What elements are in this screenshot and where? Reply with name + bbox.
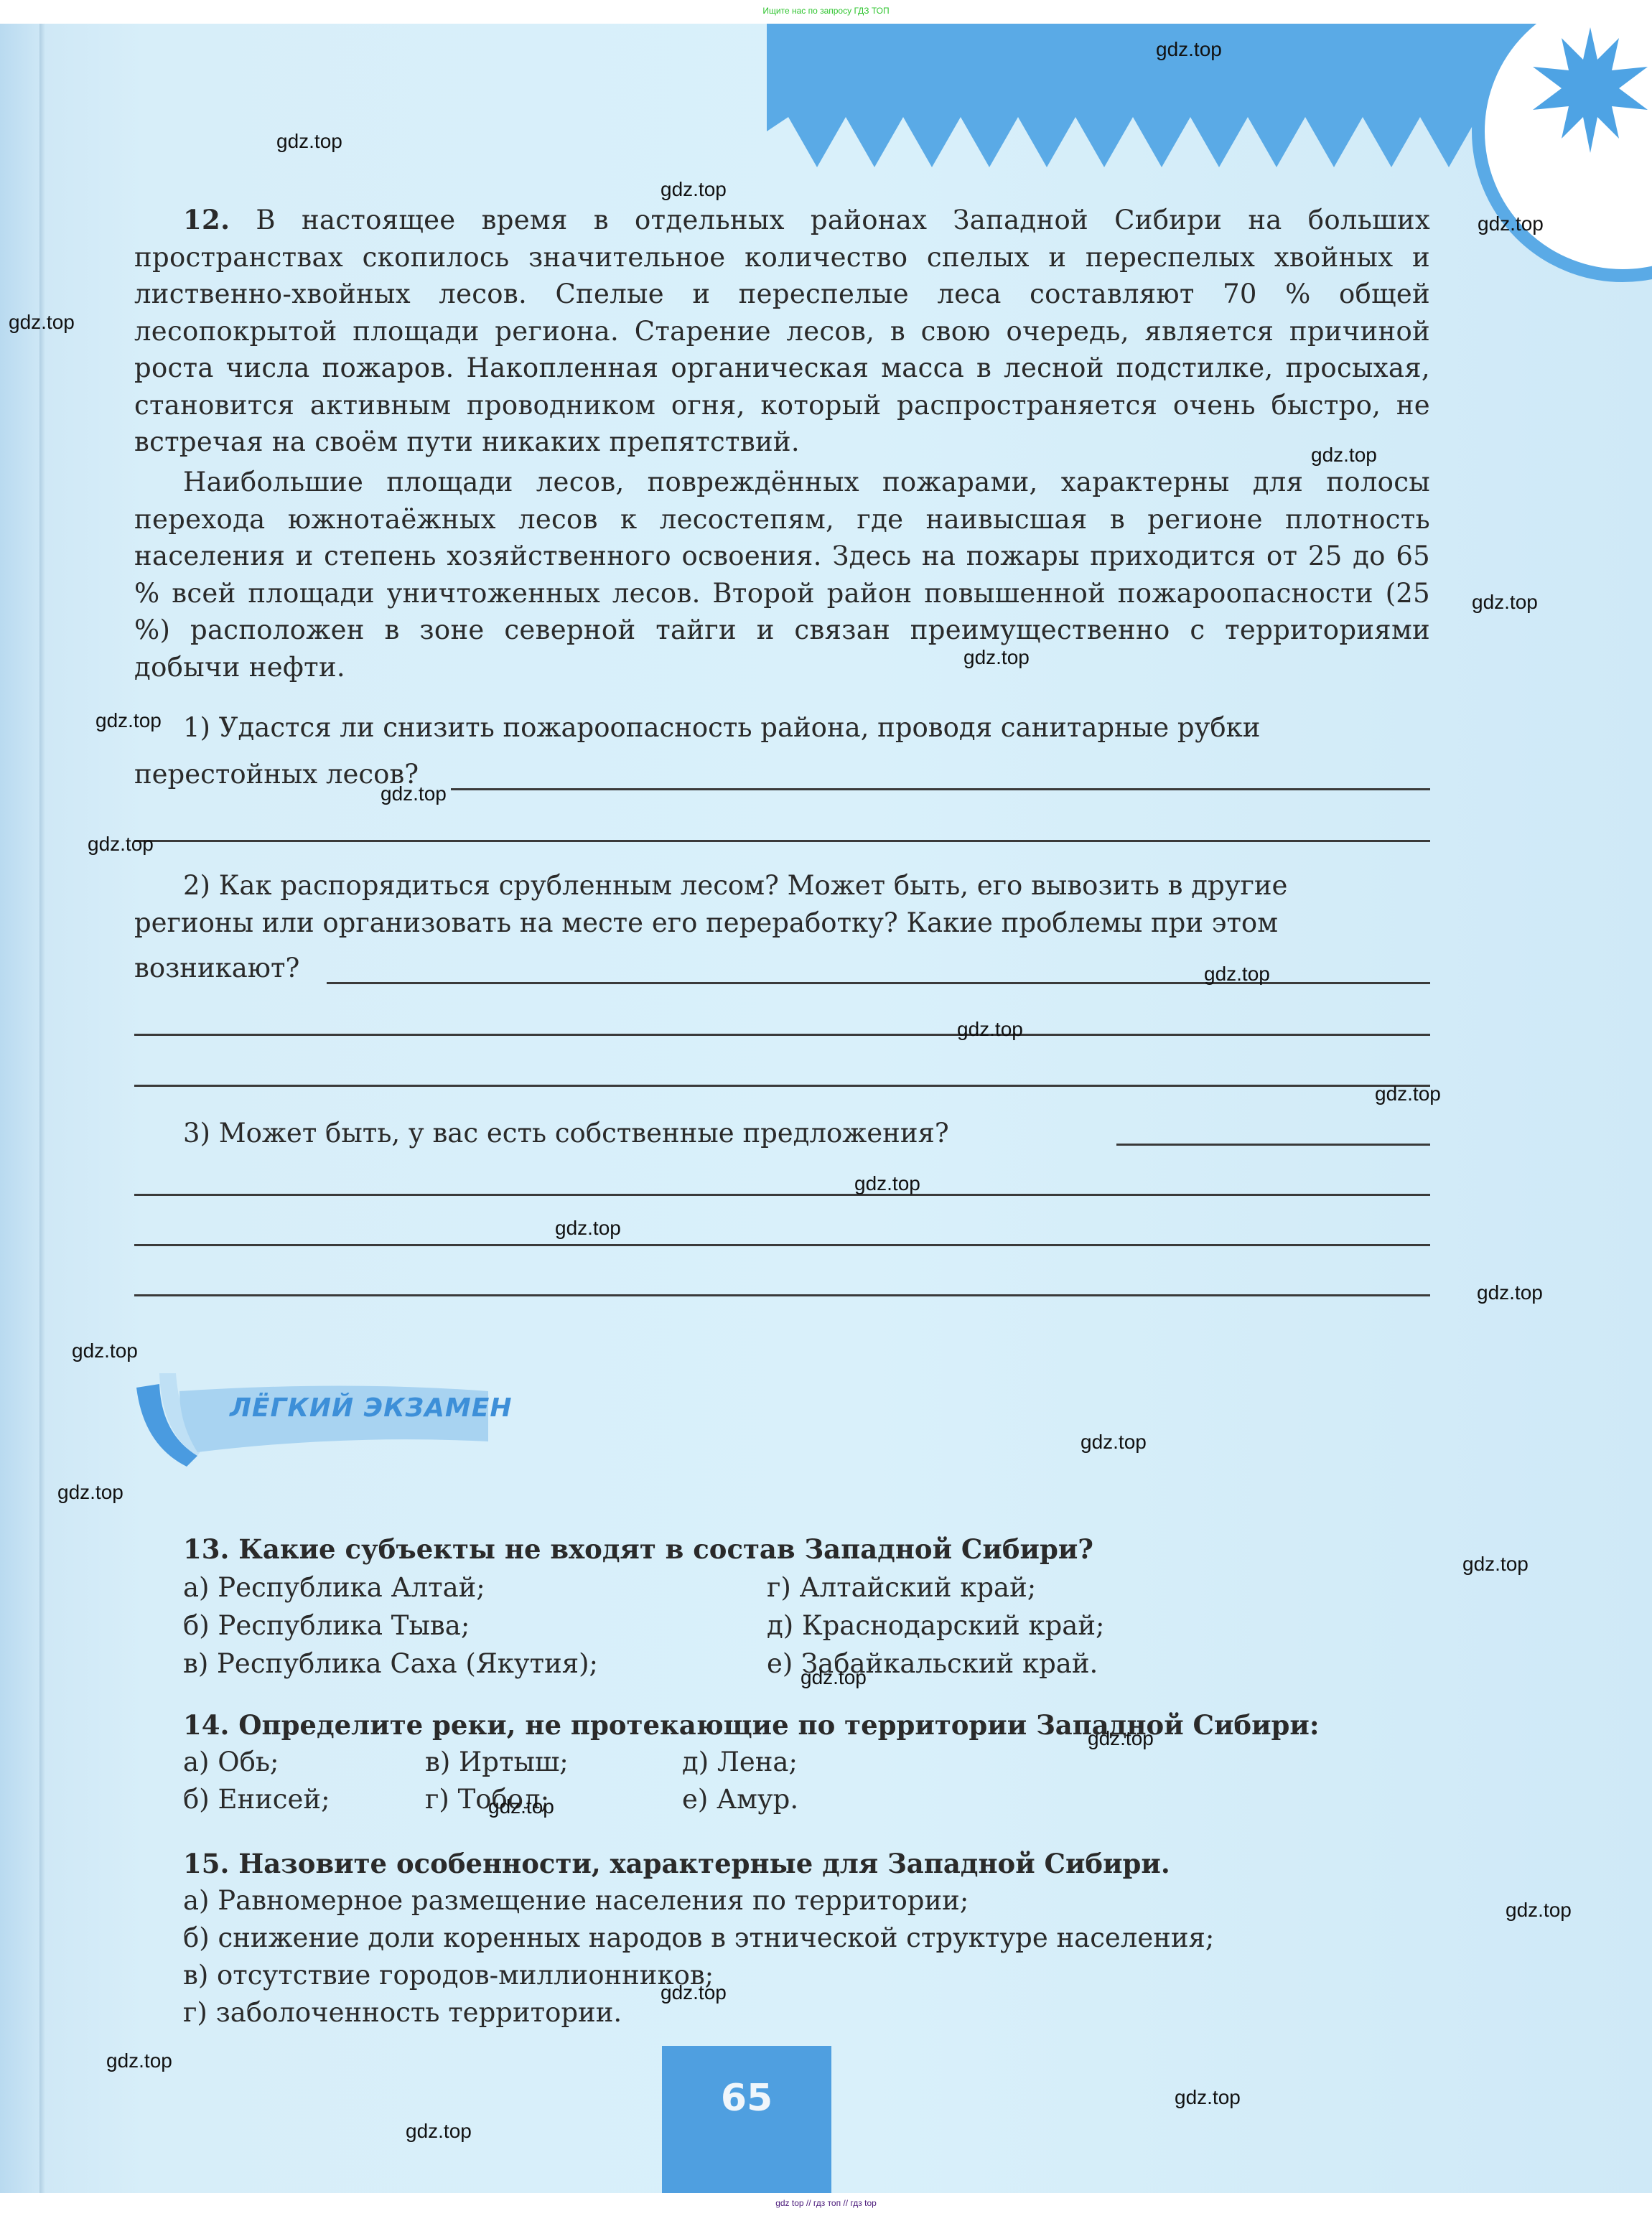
- task15-option-v[interactable]: в) отсутствие городов-миллионников;: [183, 1958, 714, 1993]
- watermark: gdz.top: [57, 1481, 123, 1504]
- top-banner: Ищите нас по запросу ГДЗ ТОП: [0, 0, 1652, 24]
- task12-q1-line1: 1) Удастся ли снизить пожароопасность ра…: [183, 709, 1260, 746]
- watermark: gdz.top: [1506, 1899, 1572, 1922]
- task13-option-v[interactable]: в) Республика Саха (Якутия);: [183, 1647, 598, 1681]
- watermark: gdz.top: [406, 2120, 472, 2143]
- watermark: gdz.top: [276, 130, 342, 153]
- watermark: gdz.top: [9, 311, 75, 334]
- task15-option-a[interactable]: а) Равномерное размещение населения по т…: [183, 1884, 969, 1918]
- task14-option-d[interactable]: д) Лена;: [682, 1745, 798, 1780]
- task13-option-b[interactable]: б) Республика Тыва;: [183, 1609, 470, 1643]
- watermark: gdz.top: [88, 833, 154, 856]
- answer-line[interactable]: [134, 1244, 1430, 1246]
- watermark: gdz.top: [381, 782, 447, 805]
- task12-q2-line3: возникают?: [134, 950, 299, 986]
- task13-option-g[interactable]: г) Алтайский край;: [767, 1571, 1036, 1605]
- watermark: gdz.top: [488, 1795, 554, 1818]
- answer-line[interactable]: [1116, 1144, 1430, 1146]
- watermark: gdz.top: [854, 1172, 920, 1195]
- watermark: gdz.top: [1204, 963, 1270, 986]
- bottom-banner-text: gdz top // гдз топ // гдз top: [775, 2198, 877, 2208]
- watermark: gdz.top: [661, 178, 727, 201]
- page-number: 65: [662, 2077, 831, 2120]
- answer-line[interactable]: [134, 1194, 1430, 1196]
- watermark: gdz.top: [661, 1981, 727, 2004]
- page-content: 12. В настоящее время в отдельных района…: [0, 24, 1652, 2193]
- top-banner-text: Ищите нас по запросу ГДЗ ТОП: [762, 6, 889, 16]
- task13-option-a[interactable]: а) Республика Алтай;: [183, 1571, 485, 1605]
- task14-option-e[interactable]: е) Амур.: [682, 1782, 798, 1817]
- task12-paragraph1: 12. В настоящее время в отдельных района…: [134, 202, 1430, 461]
- task15-question: 15. Назовите особенности, характерные дл…: [183, 1846, 1170, 1882]
- watermark: gdz.top: [555, 1217, 621, 1240]
- textbook-page: 12. В настоящее время в отдельных района…: [0, 24, 1652, 2193]
- watermark: gdz.top: [72, 1340, 138, 1362]
- task12-q1-line2: перестойных лесов?: [134, 756, 419, 793]
- task14-option-v[interactable]: в) Иртыш;: [425, 1745, 569, 1780]
- watermark: gdz.top: [1375, 1083, 1441, 1105]
- watermark: gdz.top: [1156, 38, 1222, 61]
- watermark: gdz.top: [801, 1666, 867, 1689]
- watermark: gdz.top: [1462, 1553, 1529, 1576]
- task12-q2-line2: регионы или организовать на месте его пе…: [134, 904, 1278, 941]
- task12-number: 12.: [183, 204, 230, 235]
- bottom-banner: gdz top // гдз топ // гдз top: [0, 2193, 1652, 2216]
- watermark: gdz.top: [106, 2049, 172, 2072]
- task12-q3-line1: 3) Может быть, у вас есть собственные пр…: [183, 1115, 949, 1151]
- answer-line[interactable]: [134, 1294, 1430, 1296]
- task12-q2-line1: 2) Как распорядиться срубленным лесом? М…: [183, 867, 1287, 904]
- watermark: gdz.top: [1088, 1727, 1154, 1750]
- watermark: gdz.top: [1175, 2086, 1241, 2109]
- watermark: gdz.top: [1478, 212, 1544, 235]
- task15-option-g[interactable]: г) заболоченность территории.: [183, 1996, 622, 2030]
- watermark: gdz.top: [1311, 444, 1377, 467]
- answer-line[interactable]: [451, 788, 1430, 790]
- watermark: gdz.top: [963, 646, 1030, 669]
- task15-option-b[interactable]: б) снижение доли коренных народов в этни…: [183, 1921, 1214, 1955]
- answer-line[interactable]: [134, 840, 1430, 842]
- watermark: gdz.top: [957, 1018, 1023, 1041]
- task12-paragraph2: Наибольшие площади лесов, повреждённых п…: [134, 464, 1430, 686]
- watermark: gdz.top: [1477, 1281, 1543, 1304]
- task14-option-b[interactable]: б) Енисей;: [183, 1782, 330, 1817]
- watermark: gdz.top: [95, 709, 162, 732]
- task14-option-a[interactable]: а) Обь;: [183, 1745, 279, 1780]
- watermark: gdz.top: [1081, 1431, 1147, 1454]
- answer-line[interactable]: [134, 1085, 1430, 1087]
- answer-line[interactable]: [134, 1034, 1430, 1036]
- task13-option-d[interactable]: д) Краснодарский край;: [767, 1609, 1104, 1643]
- section-banner-title: ЛЁГКИЙ ЭКЗАМЕН: [230, 1393, 512, 1423]
- task13-question: 13. Какие субъекты не входят в состав За…: [183, 1531, 1093, 1568]
- watermark: gdz.top: [1472, 591, 1538, 614]
